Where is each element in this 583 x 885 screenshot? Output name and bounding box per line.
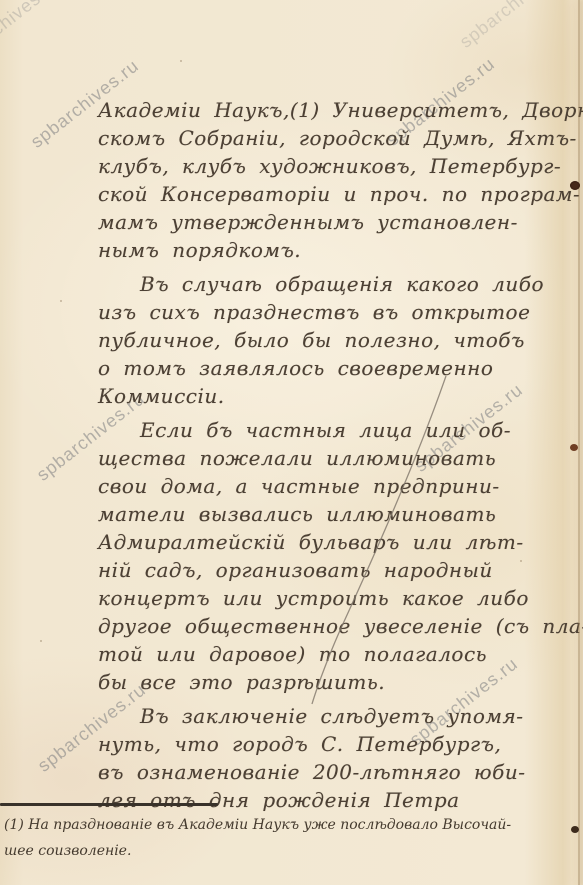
text-line: Если бъ частныя лица или об- bbox=[98, 416, 568, 444]
paper-speck bbox=[520, 560, 522, 562]
text-line: свои дома, а частные предприни- bbox=[98, 472, 568, 500]
ink-blot bbox=[570, 444, 578, 451]
text-line: мамъ утвержденнымъ установлен- bbox=[98, 208, 568, 236]
text-line: другое общественное увеселеніе (съ пла- bbox=[98, 612, 568, 640]
manuscript-page: spbarchives.ru spbarchives.ru spbarchive… bbox=[0, 0, 583, 885]
text-line: лея отъ дня рожденія Петра bbox=[98, 786, 568, 814]
text-line: концертъ или устроить какое либо bbox=[98, 584, 568, 612]
paper-speck bbox=[40, 640, 42, 642]
paper-speck bbox=[60, 300, 62, 302]
text-line: нуть, что городъ С. Петербургъ, bbox=[98, 730, 568, 758]
text-line: Въ заключеніе слѣдуетъ упомя- bbox=[98, 702, 568, 730]
footnote-block: (1) На празднованіе въ Академіи Наукъ уж… bbox=[4, 812, 579, 864]
text-line: публичное, было бы полезно, чтобъ bbox=[98, 326, 568, 354]
text-line: матели вызвались иллюминовать bbox=[98, 500, 568, 528]
text-line: той или даровое) то полагалось bbox=[98, 640, 568, 668]
ink-blot bbox=[571, 826, 579, 833]
text-line: въ ознаменованіе 200-лѣтняго юби- bbox=[98, 758, 568, 786]
footnote-line: шее соизволеніе. bbox=[4, 838, 579, 864]
text-line: скомъ Собраніи, городской Думѣ, Яхтъ- bbox=[98, 124, 568, 152]
text-line: ской Консерваторіи и проч. по програм- bbox=[98, 180, 568, 208]
text-line: Академіи Наукъ,(1) Университетъ, Дворн- bbox=[98, 96, 568, 124]
paper-speck bbox=[180, 60, 182, 62]
text-line: клубъ, клубъ художниковъ, Петербург- bbox=[98, 152, 568, 180]
text-line: бы все это разрѣшить. bbox=[98, 668, 568, 696]
text-line: нымъ порядкомъ. bbox=[98, 236, 568, 264]
watermark-corner-fragment-left: spbarchives.ru bbox=[0, 0, 64, 71]
text-line: щества пожелали иллюминовать bbox=[98, 444, 568, 472]
watermark-corner-fragment-right: spbarchives.ru bbox=[456, 0, 572, 53]
text-line: Адмиралтейскій бульваръ или лѣт- bbox=[98, 528, 568, 556]
text-line: о томъ заявлялось своевременно bbox=[98, 354, 568, 382]
text-line: изъ сихъ празднествъ въ открытое bbox=[98, 298, 568, 326]
text-line: ній садъ, организовать народный bbox=[98, 556, 568, 584]
manuscript-text-block: Академіи Наукъ,(1) Университетъ, Дворн- … bbox=[98, 96, 568, 814]
page-edge-crease bbox=[578, 0, 580, 885]
footnote-line: (1) На празднованіе въ Академіи Наукъ уж… bbox=[4, 812, 579, 838]
text-line: Коммиссіи. bbox=[98, 382, 568, 410]
text-line: Въ случаѣ обращенія какого либо bbox=[98, 270, 568, 298]
ink-blot bbox=[570, 181, 580, 190]
footnote-divider bbox=[0, 803, 218, 806]
